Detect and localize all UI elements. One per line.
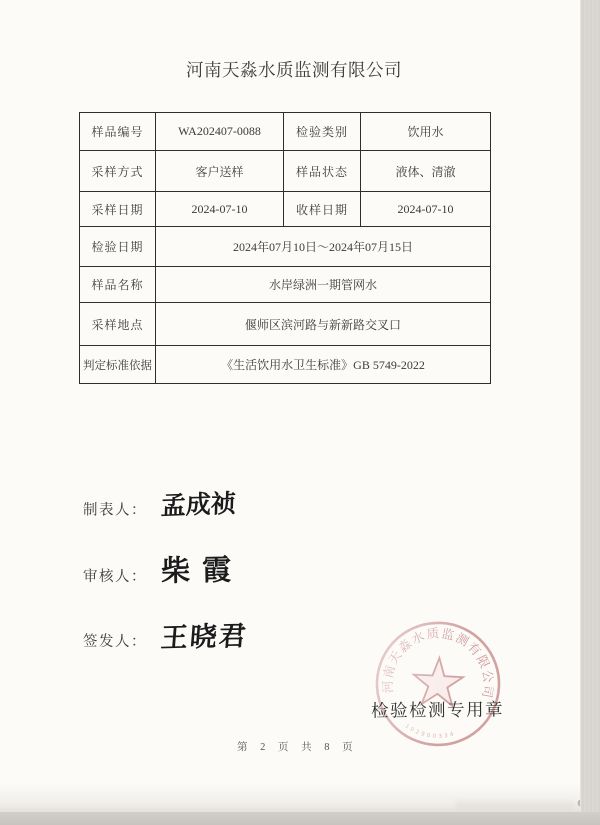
reviewer-label: 审核人： <box>83 569 147 585</box>
cell-label: 样品名称 <box>80 267 156 303</box>
approver-signature: 王晓君 <box>159 614 249 655</box>
cell-value: WA202407-0088 <box>156 113 284 151</box>
cell-label: 检验日期 <box>80 227 156 267</box>
cell-value: 2024-07-10 <box>361 192 491 227</box>
inspection-stamp-caption: 检验检测专用章 <box>371 696 504 722</box>
table-row-sample-name: 样品名称 水岸绿洲一期管网水 <box>80 267 491 303</box>
scan-edge-right <box>580 0 600 825</box>
cell-label: 采样地点 <box>80 303 156 346</box>
sample-info-table: 样品编号 WA202407-0088 检验类别 饮用水 采样方式 客户送样 样品… <box>79 112 491 384</box>
company-seal-stamp: 河南天淼水质监测有限公司 102900334 <box>356 600 524 768</box>
approver-row: 签发人：王晓君 <box>83 627 248 654</box>
cell-value: 水岸绿洲一期管网水 <box>156 267 491 303</box>
cell-label: 收样日期 <box>284 192 361 227</box>
table-row-test-date: 检验日期 2024年07月10日～2024年07月15日 <box>80 227 491 267</box>
table-row-standard: 判定标准依据 《生活饮用水卫生标准》GB 5749-2022 <box>80 346 491 384</box>
cell-label: 采样方式 <box>80 151 156 192</box>
cell-value: 饮用水 <box>361 113 491 151</box>
company-title: 河南天淼水质监测有限公司 <box>186 57 386 82</box>
preparer-row: 制表人：孟成祯 <box>83 497 236 521</box>
table-row-sample-no: 样品编号 WA202407-0088 检验类别 饮用水 <box>80 113 491 151</box>
reviewer-signature: 柴霞 <box>161 547 244 589</box>
scan-bottom-shadow <box>0 784 600 812</box>
cell-value: 液体、清澈 <box>361 151 491 192</box>
table-row-sampling-method: 采样方式 客户送样 样品状态 液体、清澈 <box>80 151 491 192</box>
cell-value: 客户送样 <box>156 151 284 192</box>
cell-label: 样品编号 <box>80 113 156 151</box>
cell-label: 检验类别 <box>284 113 361 151</box>
page-number: 第 2 页 共 8 页 <box>237 739 358 754</box>
cell-label: 判定标准依据 <box>80 346 156 384</box>
cell-value: 2024-07-10 <box>156 192 284 227</box>
cell-value: 2024年07月10日～2024年07月15日 <box>156 227 491 267</box>
table-row-sampling-date: 采样日期 2024-07-10 收样日期 2024-07-10 <box>80 192 491 227</box>
cell-label: 采样日期 <box>80 192 156 227</box>
reviewer-row: 审核人：柴霞 <box>83 562 243 589</box>
cell-value: 《生活饮用水卫生标准》GB 5749-2022 <box>156 346 491 384</box>
cell-value: 偃师区滨河路与新新路交叉口 <box>156 303 491 346</box>
cell-label: 样品状态 <box>284 151 361 192</box>
table-row-sampling-location: 采样地点 偃师区滨河路与新新路交叉口 <box>80 303 491 346</box>
preparer-signature: 孟成祯 <box>160 484 236 523</box>
preparer-label: 制表人： <box>83 503 147 519</box>
scanned-report-page: 河南天淼水质监测有限公司 样品编号 WA202407-0088 检验类别 饮用水… <box>0 0 600 825</box>
approver-label: 签发人： <box>83 634 147 650</box>
scan-edge-bottom <box>0 812 600 825</box>
